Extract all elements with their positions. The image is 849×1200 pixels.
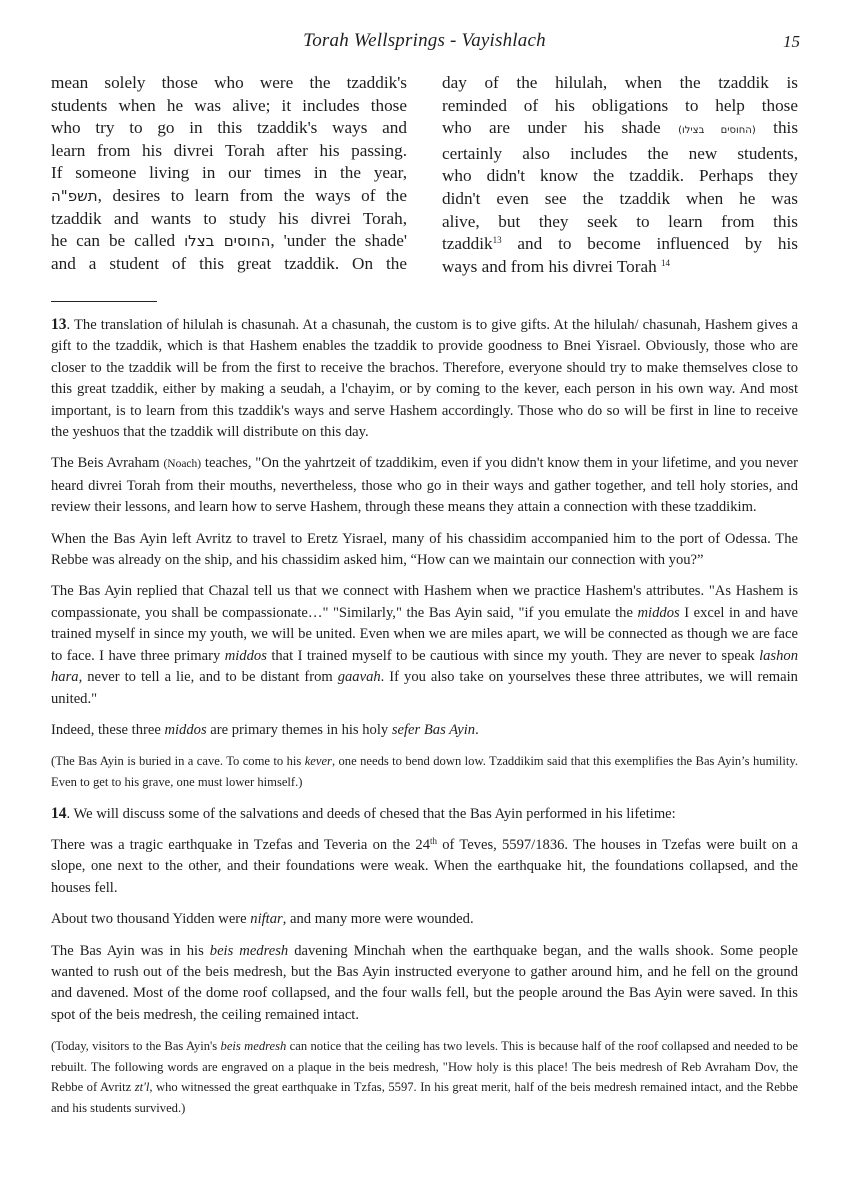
left-column: mean solely those who were the tzaddik's… (51, 72, 407, 278)
footnote-paragraph: The Bas Ayin replied that Chazal tell us… (51, 581, 798, 709)
hebrew-year: תשפ"ה (51, 187, 98, 205)
page-number: 15 (783, 32, 800, 52)
text-line: who try to go in this tzaddik's ways and (51, 117, 407, 140)
text-line: ways and from his divrei Torah 14 (442, 256, 798, 279)
right-column: day of the hilulah, when the tzaddik is … (442, 72, 798, 278)
footnote-ref-13[interactable]: 13 (493, 235, 502, 245)
text-line: mean solely those who were the tzaddik's (51, 72, 407, 95)
running-header: Torah Wellsprings - Vayishlach 15 (51, 30, 798, 54)
footnote-paragraph-aside: (Today, visitors to the Bas Ayin's beis … (51, 1036, 798, 1118)
footnotes: 13. The translation of hilulah is chasun… (51, 314, 798, 1129)
text-line: didn't even see the tzaddik when he was (442, 188, 798, 211)
main-text-columns: mean solely those who were the tzaddik's… (51, 72, 798, 278)
footnote-number: 14 (51, 805, 67, 822)
text-line: If someone living in our times in the ye… (51, 162, 407, 185)
footnote-paragraph-aside: (The Bas Ayin is buried in a cave. To co… (51, 751, 798, 792)
text-line: tzaddik13 and to become influenced by hi… (442, 233, 798, 256)
running-title: Torah Wellsprings - Vayishlach (51, 30, 798, 52)
text-line: who are under his shade (החוסים בצילו) t… (442, 117, 798, 143)
text-line: reminded of his obligations to help thos… (442, 95, 798, 118)
hebrew-phrase: החוסים בצלו (184, 232, 270, 250)
text-line: who didn't know the tzaddik. Perhaps the… (442, 165, 798, 188)
text-line: תשפ"ה, desires to learn from the ways of… (51, 185, 407, 208)
text-line: and a student of this great tzaddik. On … (51, 253, 407, 276)
footnote-13-paragraph: 13. The translation of hilulah is chasun… (51, 314, 798, 443)
footnote-ref-14[interactable]: 14 (661, 258, 670, 268)
footnote-paragraph: When the Bas Ayin left Avritz to travel … (51, 529, 798, 572)
footnote-14-paragraph: 14. We will discuss some of the salvatio… (51, 803, 798, 825)
footnote-paragraph: The Bas Ayin was in his beis medresh dav… (51, 941, 798, 1027)
text-line: learn from his divrei Torah after his pa… (51, 140, 407, 163)
footnote-paragraph: The Beis Avraham (Noach) teaches, "On th… (51, 453, 798, 518)
text-line: he can be called החוסים בצלו, 'under the… (51, 230, 407, 253)
document-page: Torah Wellsprings - Vayishlach 15 mean s… (0, 0, 849, 1200)
footnote-paragraph: Indeed, these three middos are primary t… (51, 720, 798, 741)
footnote-paragraph: About two thousand Yidden were niftar, a… (51, 909, 798, 930)
text-line: day of the hilulah, when the tzaddik is (442, 72, 798, 95)
text-line: students when he was alive; it includes … (51, 95, 407, 118)
footnote-paragraph: There was a tragic earthquake in Tzefas … (51, 835, 798, 899)
text-line: tzaddik and wants to study his divrei To… (51, 208, 407, 231)
text-line: certainly also includes the new students… (442, 143, 798, 166)
footnote-number: 13 (51, 316, 67, 333)
hebrew-phrase: (החוסים בצילו) (678, 125, 756, 136)
footnote-divider (51, 301, 157, 302)
text-line: alive, but they seek to learn from this (442, 211, 798, 234)
